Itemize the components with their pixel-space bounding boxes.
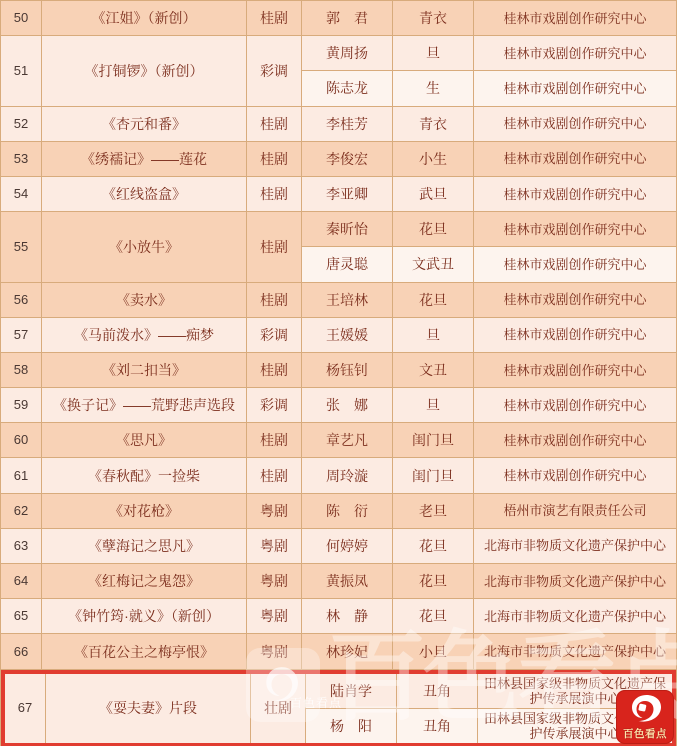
role-cell: 花旦 [393, 283, 474, 317]
performer-group: 秦昕怡花旦桂林市戏剧创作研究中心唐灵聪文武丑桂林市戏剧创作研究中心 [302, 212, 676, 281]
table-row: 62《对花枪》粤剧陈 衍老旦梧州市演艺有限责任公司 [1, 494, 676, 529]
performer-line: 陈志龙生桂林市戏剧创作研究中心 [302, 70, 676, 105]
row-number-cell: 56 [1, 283, 42, 317]
table-row: 55《小放牛》桂剧秦昕怡花旦桂林市戏剧创作研究中心唐灵聪文武丑桂林市戏剧创作研究… [1, 212, 676, 282]
performer-line: 郭 君青衣桂林市戏剧创作研究中心 [302, 1, 676, 35]
table-row: 50《江姐》（新创）桂剧郭 君青衣桂林市戏剧创作研究中心 [1, 1, 676, 36]
performer-name-cell: 陆肖学 [306, 674, 397, 708]
table-row: 64《红梅记之鬼怨》粤剧黄振凤花旦北海市非物质文化遗产保护中心 [1, 564, 676, 599]
table-row: 61《春秋配》一捡柴桂剧周玲漩闺门旦桂林市戏剧创作研究中心 [1, 458, 676, 493]
performer-line: 陈 衍老旦梧州市演艺有限责任公司 [302, 494, 676, 528]
performer-line: 李俊宏小生桂林市戏剧创作研究中心 [302, 142, 676, 176]
performer-name-cell: 唐灵聪 [302, 247, 393, 281]
row-number-cell: 50 [1, 1, 42, 35]
role-cell: 小旦 [393, 634, 474, 668]
performer-group: 章艺凡闺门旦桂林市戏剧创作研究中心 [302, 423, 676, 457]
performer-name-cell: 章艺凡 [302, 423, 393, 457]
title-cell: 《杏元和番》 [42, 107, 247, 141]
organization-cell: 桂林市戏剧创作研究中心 [474, 353, 676, 387]
row-number-cell: 60 [1, 423, 42, 457]
table-row: 66《百花公主之梅亭恨》粤剧林珍妃小旦北海市非物质文化遗产保护中心 [1, 634, 676, 669]
baise-kandian-logo: 百色看点 [616, 690, 674, 744]
performer-name-cell: 周玲漩 [302, 458, 393, 492]
performer-name-cell: 张 娜 [302, 388, 393, 422]
organization-cell: 桂林市戏剧创作研究中心 [474, 107, 676, 141]
genre-cell: 粤剧 [247, 599, 302, 633]
genre-cell: 桂剧 [247, 423, 302, 457]
table-row: 60《思凡》桂剧章艺凡闺门旦桂林市戏剧创作研究中心 [1, 423, 676, 458]
title-cell: 《江姐》（新创） [42, 1, 247, 35]
performer-group: 张 娜旦桂林市戏剧创作研究中心 [302, 388, 676, 422]
role-cell: 花旦 [393, 564, 474, 598]
title-cell: 《耍夫妻》片段 [46, 674, 251, 743]
genre-cell: 粤剧 [247, 634, 302, 668]
performer-group: 周玲漩闺门旦桂林市戏剧创作研究中心 [302, 458, 676, 492]
table-row: 63《孽海记之思凡》粤剧何婷婷花旦北海市非物质文化遗产保护中心 [1, 529, 676, 564]
role-cell: 旦 [393, 318, 474, 352]
performer-line: 何婷婷花旦北海市非物质文化遗产保护中心 [302, 529, 676, 563]
role-cell: 旦 [393, 388, 474, 422]
organization-cell: 北海市非物质文化遗产保护中心 [474, 529, 676, 563]
organization-cell: 北海市非物质文化遗产保护中心 [474, 599, 676, 633]
performer-group: 黄周扬旦桂林市戏剧创作研究中心陈志龙生桂林市戏剧创作研究中心 [302, 36, 676, 105]
table-row: 54《红线盗盒》桂剧李亚卿武旦桂林市戏剧创作研究中心 [1, 177, 676, 212]
performer-line: 秦昕怡花旦桂林市戏剧创作研究中心 [302, 212, 676, 246]
performer-group: 王媛媛旦桂林市戏剧创作研究中心 [302, 318, 676, 352]
row-number-cell: 63 [1, 529, 42, 563]
title-cell: 《思凡》 [42, 423, 247, 457]
table-row: 51《打铜锣》（新创）彩调黄周扬旦桂林市戏剧创作研究中心陈志龙生桂林市戏剧创作研… [1, 36, 676, 106]
title-cell: 《红梅记之鬼怨》 [42, 564, 247, 598]
row-number-cell: 62 [1, 494, 42, 528]
role-cell: 花旦 [393, 529, 474, 563]
genre-cell: 桂剧 [247, 283, 302, 317]
performance-table: 50《江姐》（新创）桂剧郭 君青衣桂林市戏剧创作研究中心51《打铜锣》（新创）彩… [0, 0, 677, 746]
performer-line: 唐灵聪文武丑桂林市戏剧创作研究中心 [302, 246, 676, 281]
row-number-cell: 64 [1, 564, 42, 598]
row-number-cell: 51 [1, 36, 42, 105]
performer-name-cell: 林珍妃 [302, 634, 393, 668]
performer-line: 王培林花旦桂林市戏剧创作研究中心 [302, 283, 676, 317]
title-cell: 《对花枪》 [42, 494, 247, 528]
role-cell: 闺门旦 [393, 458, 474, 492]
performer-name-cell: 王培林 [302, 283, 393, 317]
title-cell: 《孽海记之思凡》 [42, 529, 247, 563]
table-row: 57《马前泼水》——痴梦彩调王媛媛旦桂林市戏剧创作研究中心 [1, 318, 676, 353]
performer-group: 李亚卿武旦桂林市戏剧创作研究中心 [302, 177, 676, 211]
role-cell: 文丑 [393, 353, 474, 387]
genre-cell: 桂剧 [247, 107, 302, 141]
genre-cell: 粤剧 [247, 494, 302, 528]
role-cell: 闺门旦 [393, 423, 474, 457]
logo-label: 百色看点 [623, 726, 667, 741]
organization-cell: 桂林市戏剧创作研究中心 [474, 458, 676, 492]
performer-group: 陈 衍老旦梧州市演艺有限责任公司 [302, 494, 676, 528]
organization-cell: 桂林市戏剧创作研究中心 [474, 247, 676, 281]
genre-cell: 壮剧 [251, 674, 306, 743]
role-cell: 小生 [393, 142, 474, 176]
organization-cell: 桂林市戏剧创作研究中心 [474, 212, 676, 246]
title-cell: 《打铜锣》（新创） [42, 36, 247, 105]
performer-name-cell: 杨钰钊 [302, 353, 393, 387]
performer-group: 李桂芳青衣桂林市戏剧创作研究中心 [302, 107, 676, 141]
performer-line: 杨钰钊文丑桂林市戏剧创作研究中心 [302, 353, 676, 387]
row-number-cell: 59 [1, 388, 42, 422]
row-number-cell: 58 [1, 353, 42, 387]
performer-line: 林珍妃小旦北海市非物质文化遗产保护中心 [302, 634, 676, 668]
organization-cell: 北海市非物质文化遗产保护中心 [474, 564, 676, 598]
genre-cell: 彩调 [247, 318, 302, 352]
performer-name-cell: 林 静 [302, 599, 393, 633]
performer-line: 李亚卿武旦桂林市戏剧创作研究中心 [302, 177, 676, 211]
performer-name-cell: 秦昕怡 [302, 212, 393, 246]
row-number-cell: 55 [1, 212, 42, 281]
organization-cell: 桂林市戏剧创作研究中心 [474, 1, 676, 35]
title-cell: 《刘二扣当》 [42, 353, 247, 387]
organization-cell: 桂林市戏剧创作研究中心 [474, 388, 676, 422]
performer-group: 林珍妃小旦北海市非物质文化遗产保护中心 [302, 634, 676, 668]
performer-name-cell: 李桂芳 [302, 107, 393, 141]
performer-group: 杨钰钊文丑桂林市戏剧创作研究中心 [302, 353, 676, 387]
role-cell: 花旦 [393, 599, 474, 633]
title-cell: 《马前泼水》——痴梦 [42, 318, 247, 352]
performer-line: 林 静花旦北海市非物质文化遗产保护中心 [302, 599, 676, 633]
table-row: 53《绣襦记》——莲花桂剧李俊宏小生桂林市戏剧创作研究中心 [1, 142, 676, 177]
performer-name-cell: 郭 君 [302, 1, 393, 35]
title-cell: 《红线盗盒》 [42, 177, 247, 211]
genre-cell: 桂剧 [247, 142, 302, 176]
title-cell: 《卖水》 [42, 283, 247, 317]
organization-cell: 桂林市戏剧创作研究中心 [474, 142, 676, 176]
genre-cell: 彩调 [247, 388, 302, 422]
performer-group: 郭 君青衣桂林市戏剧创作研究中心 [302, 1, 676, 35]
article-table-screenshot: 50《江姐》（新创）桂剧郭 君青衣桂林市戏剧创作研究中心51《打铜锣》（新创）彩… [0, 0, 677, 746]
performer-name-cell: 黄周扬 [302, 36, 393, 70]
table-row: 59《换子记》——荒野悲声选段彩调张 娜旦桂林市戏剧创作研究中心 [1, 388, 676, 423]
logo-swirl-icon [625, 693, 665, 725]
performer-line: 周玲漩闺门旦桂林市戏剧创作研究中心 [302, 458, 676, 492]
performer-name-cell: 黄振凤 [302, 564, 393, 598]
genre-cell: 桂剧 [247, 212, 302, 281]
table-row: 56《卖水》桂剧王培林花旦桂林市戏剧创作研究中心 [1, 283, 676, 318]
performer-name-cell: 陈志龙 [302, 71, 393, 105]
performer-name-cell: 王媛媛 [302, 318, 393, 352]
row-number-cell: 54 [1, 177, 42, 211]
performer-group: 李俊宏小生桂林市戏剧创作研究中心 [302, 142, 676, 176]
genre-cell: 桂剧 [247, 458, 302, 492]
row-number-cell: 66 [1, 634, 42, 668]
performer-line: 王媛媛旦桂林市戏剧创作研究中心 [302, 318, 676, 352]
title-cell: 《百花公主之梅亭恨》 [42, 634, 247, 668]
row-number-cell: 61 [1, 458, 42, 492]
role-cell: 武旦 [393, 177, 474, 211]
organization-cell: 桂林市戏剧创作研究中心 [474, 318, 676, 352]
role-cell: 生 [393, 71, 474, 105]
performer-line: 李桂芳青衣桂林市戏剧创作研究中心 [302, 107, 676, 141]
row-number-cell: 53 [1, 142, 42, 176]
role-cell: 丑角 [397, 709, 478, 743]
role-cell: 文武丑 [393, 247, 474, 281]
performer-line: 章艺凡闺门旦桂林市戏剧创作研究中心 [302, 423, 676, 457]
title-cell: 《钟竹筠·就义》（新创） [42, 599, 247, 633]
genre-cell: 粤剧 [247, 564, 302, 598]
role-cell: 老旦 [393, 494, 474, 528]
role-cell: 旦 [393, 36, 474, 70]
genre-cell: 桂剧 [247, 353, 302, 387]
performer-name-cell: 何婷婷 [302, 529, 393, 563]
row-number-cell: 57 [1, 318, 42, 352]
table-row: 58《刘二扣当》桂剧杨钰钊文丑桂林市戏剧创作研究中心 [1, 353, 676, 388]
performer-name-cell: 李亚卿 [302, 177, 393, 211]
title-cell: 《绣襦记》——莲花 [42, 142, 247, 176]
role-cell: 丑角 [397, 674, 478, 708]
performer-group: 黄振凤花旦北海市非物质文化遗产保护中心 [302, 564, 676, 598]
organization-cell: 北海市非物质文化遗产保护中心 [474, 634, 676, 668]
performer-name-cell: 杨 阳 [306, 709, 397, 743]
organization-cell: 桂林市戏剧创作研究中心 [474, 423, 676, 457]
organization-cell: 梧州市演艺有限责任公司 [474, 494, 676, 528]
performer-line: 黄周扬旦桂林市戏剧创作研究中心 [302, 36, 676, 70]
title-cell: 《春秋配》一捡柴 [42, 458, 247, 492]
performer-name-cell: 陈 衍 [302, 494, 393, 528]
performer-group: 林 静花旦北海市非物质文化遗产保护中心 [302, 599, 676, 633]
performer-line: 黄振凤花旦北海市非物质文化遗产保护中心 [302, 564, 676, 598]
performer-group: 王培林花旦桂林市戏剧创作研究中心 [302, 283, 676, 317]
row-number-cell: 52 [1, 107, 42, 141]
performer-name-cell: 李俊宏 [302, 142, 393, 176]
performer-line: 张 娜旦桂林市戏剧创作研究中心 [302, 388, 676, 422]
title-cell: 《小放牛》 [42, 212, 247, 281]
organization-cell: 桂林市戏剧创作研究中心 [474, 71, 676, 105]
organization-cell: 桂林市戏剧创作研究中心 [474, 177, 676, 211]
genre-cell: 彩调 [247, 36, 302, 105]
performer-group: 何婷婷花旦北海市非物质文化遗产保护中心 [302, 529, 676, 563]
organization-cell: 桂林市戏剧创作研究中心 [474, 36, 676, 70]
role-cell: 青衣 [393, 1, 474, 35]
role-cell: 青衣 [393, 107, 474, 141]
table-row: 65《钟竹筠·就义》（新创）粤剧林 静花旦北海市非物质文化遗产保护中心 [1, 599, 676, 634]
genre-cell: 桂剧 [247, 1, 302, 35]
table-row: 52《杏元和番》桂剧李桂芳青衣桂林市戏剧创作研究中心 [1, 107, 676, 142]
role-cell: 花旦 [393, 212, 474, 246]
table-row: 67《耍夫妻》片段壮剧陆肖学丑角田林县国家级非物质文化遗产保护传承展演中心杨 阳… [1, 670, 676, 746]
genre-cell: 粤剧 [247, 529, 302, 563]
title-cell: 《换子记》——荒野悲声选段 [42, 388, 247, 422]
genre-cell: 桂剧 [247, 177, 302, 211]
organization-cell: 桂林市戏剧创作研究中心 [474, 283, 676, 317]
row-number-cell: 67 [5, 674, 46, 743]
row-number-cell: 65 [1, 599, 42, 633]
